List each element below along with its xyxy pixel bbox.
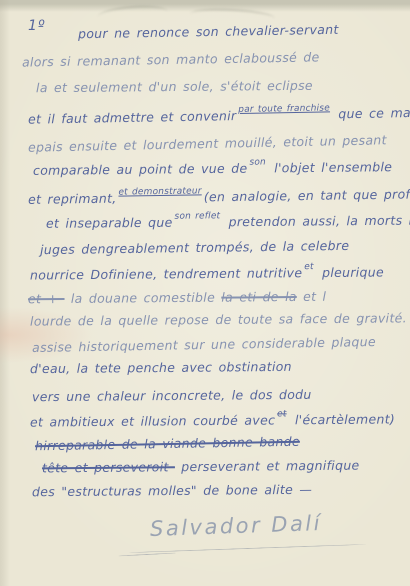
manuscript-line: assise historiquement sur une considerab… [32, 334, 376, 355]
interline-insertion: et [275, 409, 289, 419]
handwritten-text: et inseparable que [46, 215, 173, 231]
interline-insertion: et [302, 262, 316, 272]
handwritten-text: et ambitieux et illusion courbé avec [30, 412, 275, 429]
handwritten-text: des "estructuras molles" de bone alite — [32, 482, 312, 499]
manuscript-line: lourde de la quelle repose de toute sa f… [30, 310, 407, 328]
manuscript-line: vers une chaleur inconcrete, le dos dodu [32, 387, 312, 404]
struck-text: hirreparable de la viande bonne bande [35, 434, 300, 454]
handwritten-text: vers une chaleur inconcrete, le dos dodu [32, 387, 312, 404]
handwritten-text: comparable au point de vue de [33, 161, 248, 178]
manuscript-line: et inseparable queson reflet pretendon a… [46, 212, 410, 231]
handwritten-text: pleurique [316, 264, 384, 280]
handwritten-text: la douane comestible [64, 290, 221, 306]
handwritten-text: et il faut admettre et convenir [28, 108, 237, 127]
manuscript-line: et reprimant,et demonstrateur(en analogi… [28, 186, 410, 207]
interline-insertion: son reflet [172, 211, 222, 221]
handwritten-text: pretendon aussi, la morts requiert [222, 212, 410, 229]
handwritten-text: et reprimant, [28, 191, 117, 207]
manuscript-line: juges dengreablement trompés, de la cele… [40, 238, 349, 257]
handwritten-text: pour ne renonce son chevalier-servant [78, 22, 339, 42]
signature-flourish [118, 552, 176, 556]
handwritten-text: et l [297, 289, 327, 304]
manuscript-line: d'eau, la tete penche avec obstination [30, 359, 292, 376]
manuscript-line: alors si remanant son manto eclaboussé d… [22, 49, 320, 69]
handwritten-text: perseverant et magnifique [175, 458, 360, 475]
page-number: 1º [28, 18, 46, 34]
manuscript-line: et il faut admettre et convenirpar toute… [28, 104, 410, 126]
interline-insertion: et demonstrateur [116, 186, 203, 197]
handwritten-text: que ce manteau [332, 104, 410, 121]
interline-insertion: par toute franchise [236, 103, 332, 115]
struck-text: et + [28, 291, 65, 306]
handwritten-text: assise historiquement sur une considerab… [32, 334, 376, 355]
verso-ink-showthrough [98, 4, 169, 25]
handwritten-text: l'écartèlement) [289, 411, 396, 427]
manuscript-line: nourrice Dofiniene, tendrement nutritive… [30, 264, 384, 282]
handwritten-text: d'eau, la tete penche avec obstination [30, 359, 292, 376]
manuscript-line: hirreparable de la viande bonne bande [35, 434, 300, 454]
manuscript-photo: 1º pour ne renonce son chevalier-servant… [0, 0, 410, 586]
manuscript-line: comparable au point de vue deson l'objet… [33, 159, 392, 178]
manuscript-line: pour ne renonce son chevalier-servant [78, 22, 339, 42]
manuscript-line: tête et perseveroit perseverant et magni… [42, 458, 360, 476]
manuscript-line: la et seulement d'un sole, s'étoit eclip… [36, 78, 313, 95]
handwritten-text: (en analogie, en tant que profond [204, 186, 410, 204]
signature: Salvador Dalí [150, 511, 323, 541]
manuscript-line: et + la douane comestible la eti de la e… [28, 289, 326, 307]
manuscript-line: epais ensuite et lourdement mouillé, eto… [28, 132, 387, 155]
signature-flourish [128, 544, 366, 553]
handwritten-text: nourrice Dofiniene, tendrement nutritive [30, 265, 302, 282]
handwritten-text: juges dengreablement trompés, de la cele… [40, 238, 349, 257]
manuscript-line: et ambitieux et illusion courbé avecet l… [30, 411, 395, 429]
struck-text: la eti de la [221, 289, 297, 305]
handwritten-text: epais ensuite et lourdement mouillé, eto… [28, 132, 387, 155]
interline-insertion: son [247, 157, 268, 167]
manuscript-line: des "estructuras molles" de bone alite — [32, 482, 312, 499]
handwritten-text: lourde de la quelle repose de toute sa f… [30, 310, 407, 328]
handwritten-text: alors si remanant son manto eclaboussé d… [22, 49, 320, 69]
handwritten-text: l'objet l'ensemble [268, 159, 392, 175]
struck-text: tête et perseveroit [42, 459, 175, 475]
handwritten-text: la et seulement d'un sole, s'étoit eclip… [36, 78, 313, 95]
